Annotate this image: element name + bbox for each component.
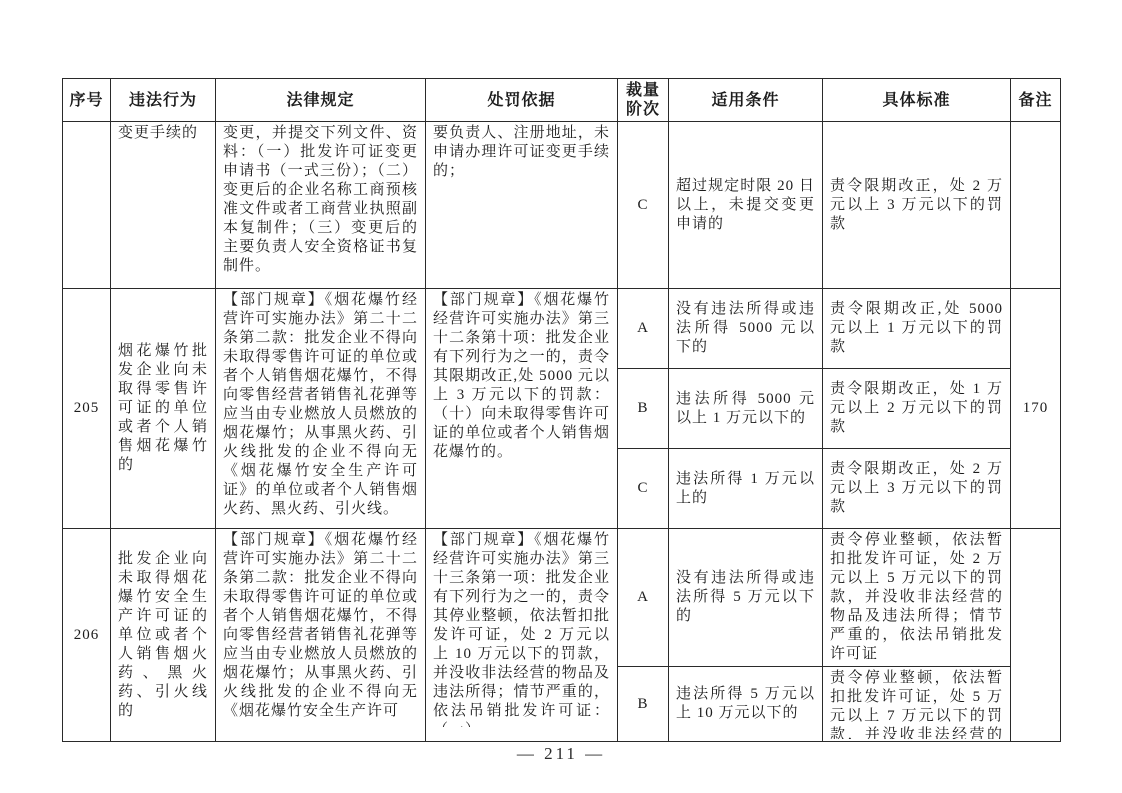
specific-standard-cell: 责令停业整顿，依法暂扣批发许可证，处 5 万元以上 7 万元以下的罚款，并没收非…	[823, 667, 1011, 742]
header-penalty-basis: 处罚依据	[426, 79, 618, 122]
discretion-level-cell: C	[618, 122, 669, 289]
illegal-act-cell: 批发企业向未取得烟花爆竹安全生产许可证的单位或者个人销售烟火药、黑火药、引火线的	[111, 529, 216, 742]
discretion-level-cell: A	[618, 529, 669, 667]
penalty-basis-cell: 要负责人、注册地址，未申请办理许可证变更手续的；	[426, 122, 618, 289]
illegal-act-cell: 烟花爆竹批发企业向未取得零售许可证的单位或者个人销售烟花爆竹的	[111, 289, 216, 529]
specific-standard-cell: 责令限期改正,处 5000 元以上 1 万元以下的罚款	[823, 289, 1011, 369]
specific-standard-cell: 责令限期改正，处 1 万元以上 2 万元以下的罚款	[823, 369, 1011, 449]
header-legal-provision: 法律规定	[216, 79, 426, 122]
penalty-discretion-table: 序号 违法行为 法律规定 处罚依据 裁量阶次 适用条件 具体标准 备注 变更手续…	[62, 78, 1061, 742]
serial-number-cell: 205	[63, 289, 111, 529]
table-row: 205 烟花爆竹批发企业向未取得零售许可证的单位或者个人销售烟花爆竹的 【部门规…	[63, 289, 1061, 369]
specific-standard-cell: 责令限期改正，处 2 万元以上 3 万元以下的罚款	[823, 449, 1011, 529]
illegal-act-cell: 变更手续的	[111, 122, 216, 289]
header-serial-number: 序号	[63, 79, 111, 122]
legal-provision-cell: 【部门规章】《烟花爆竹经营许可实施办法》第二十二条第二款：批发企业不得向未取得零…	[216, 529, 426, 742]
remarks-cell: 170	[1011, 289, 1061, 529]
discretion-level-cell: B	[618, 667, 669, 742]
page-number: — 211 —	[0, 744, 1122, 764]
applicable-condition-cell: 违法所得 5000 元以上 1 万元以下的	[669, 369, 823, 449]
applicable-condition-cell: 超过规定时限 20 日以上，未提交变更申请的	[669, 122, 823, 289]
header-illegal-act: 违法行为	[111, 79, 216, 122]
table-header-row: 序号 违法行为 法律规定 处罚依据 裁量阶次 适用条件 具体标准 备注	[63, 79, 1061, 122]
specific-standard-cell: 责令限期改正，处 2 万元以上 3 万元以下的罚款	[823, 122, 1011, 289]
discretion-level-cell: A	[618, 289, 669, 369]
header-discretion-level: 裁量阶次	[618, 79, 669, 122]
serial-number-cell	[63, 122, 111, 289]
discretion-level-cell: B	[618, 369, 669, 449]
serial-number-cell: 206	[63, 529, 111, 742]
applicable-condition-cell: 违法所得 5 万元以上 10 万元以下的	[669, 667, 823, 742]
discretion-level-cell: C	[618, 449, 669, 529]
penalty-basis-cell: 【部门规章】《烟花爆竹经营许可实施办法》第三十三条第一项：批发企业有下列行为之一…	[426, 529, 618, 742]
header-applicable-condition: 适用条件	[669, 79, 823, 122]
specific-standard-cell: 责令停业整顿，依法暂扣批发许可证，处 2 万元以上 5 万元以下的罚款，并没收非…	[823, 529, 1011, 667]
table-row: 206 批发企业向未取得烟花爆竹安全生产许可证的单位或者个人销售烟火药、黑火药、…	[63, 529, 1061, 667]
applicable-condition-cell: 没有违法所得或违法所得 5000 元以下的	[669, 289, 823, 369]
legal-provision-cell: 【部门规章】《烟花爆竹经营许可实施办法》第二十二条第二款：批发企业不得向未取得零…	[216, 289, 426, 529]
penalty-basis-cell: 【部门规章】《烟花爆竹经营许可实施办法》第三十二条第十项：批发企业有下列行为之一…	[426, 289, 618, 529]
header-specific-standard: 具体标准	[823, 79, 1011, 122]
applicable-condition-cell: 违法所得 1 万元以上的	[669, 449, 823, 529]
legal-provision-cell: 变更，并提交下列文件、资料：（一）批发许可证变更申请书（一式三份）；（二）变更后…	[216, 122, 426, 289]
remarks-cell	[1011, 122, 1061, 289]
header-remarks: 备注	[1011, 79, 1061, 122]
table-row: 变更手续的 变更，并提交下列文件、资料：（一）批发许可证变更申请书（一式三份）；…	[63, 122, 1061, 289]
remarks-cell	[1011, 529, 1061, 742]
applicable-condition-cell: 没有违法所得或违法所得 5 万元以下的	[669, 529, 823, 667]
